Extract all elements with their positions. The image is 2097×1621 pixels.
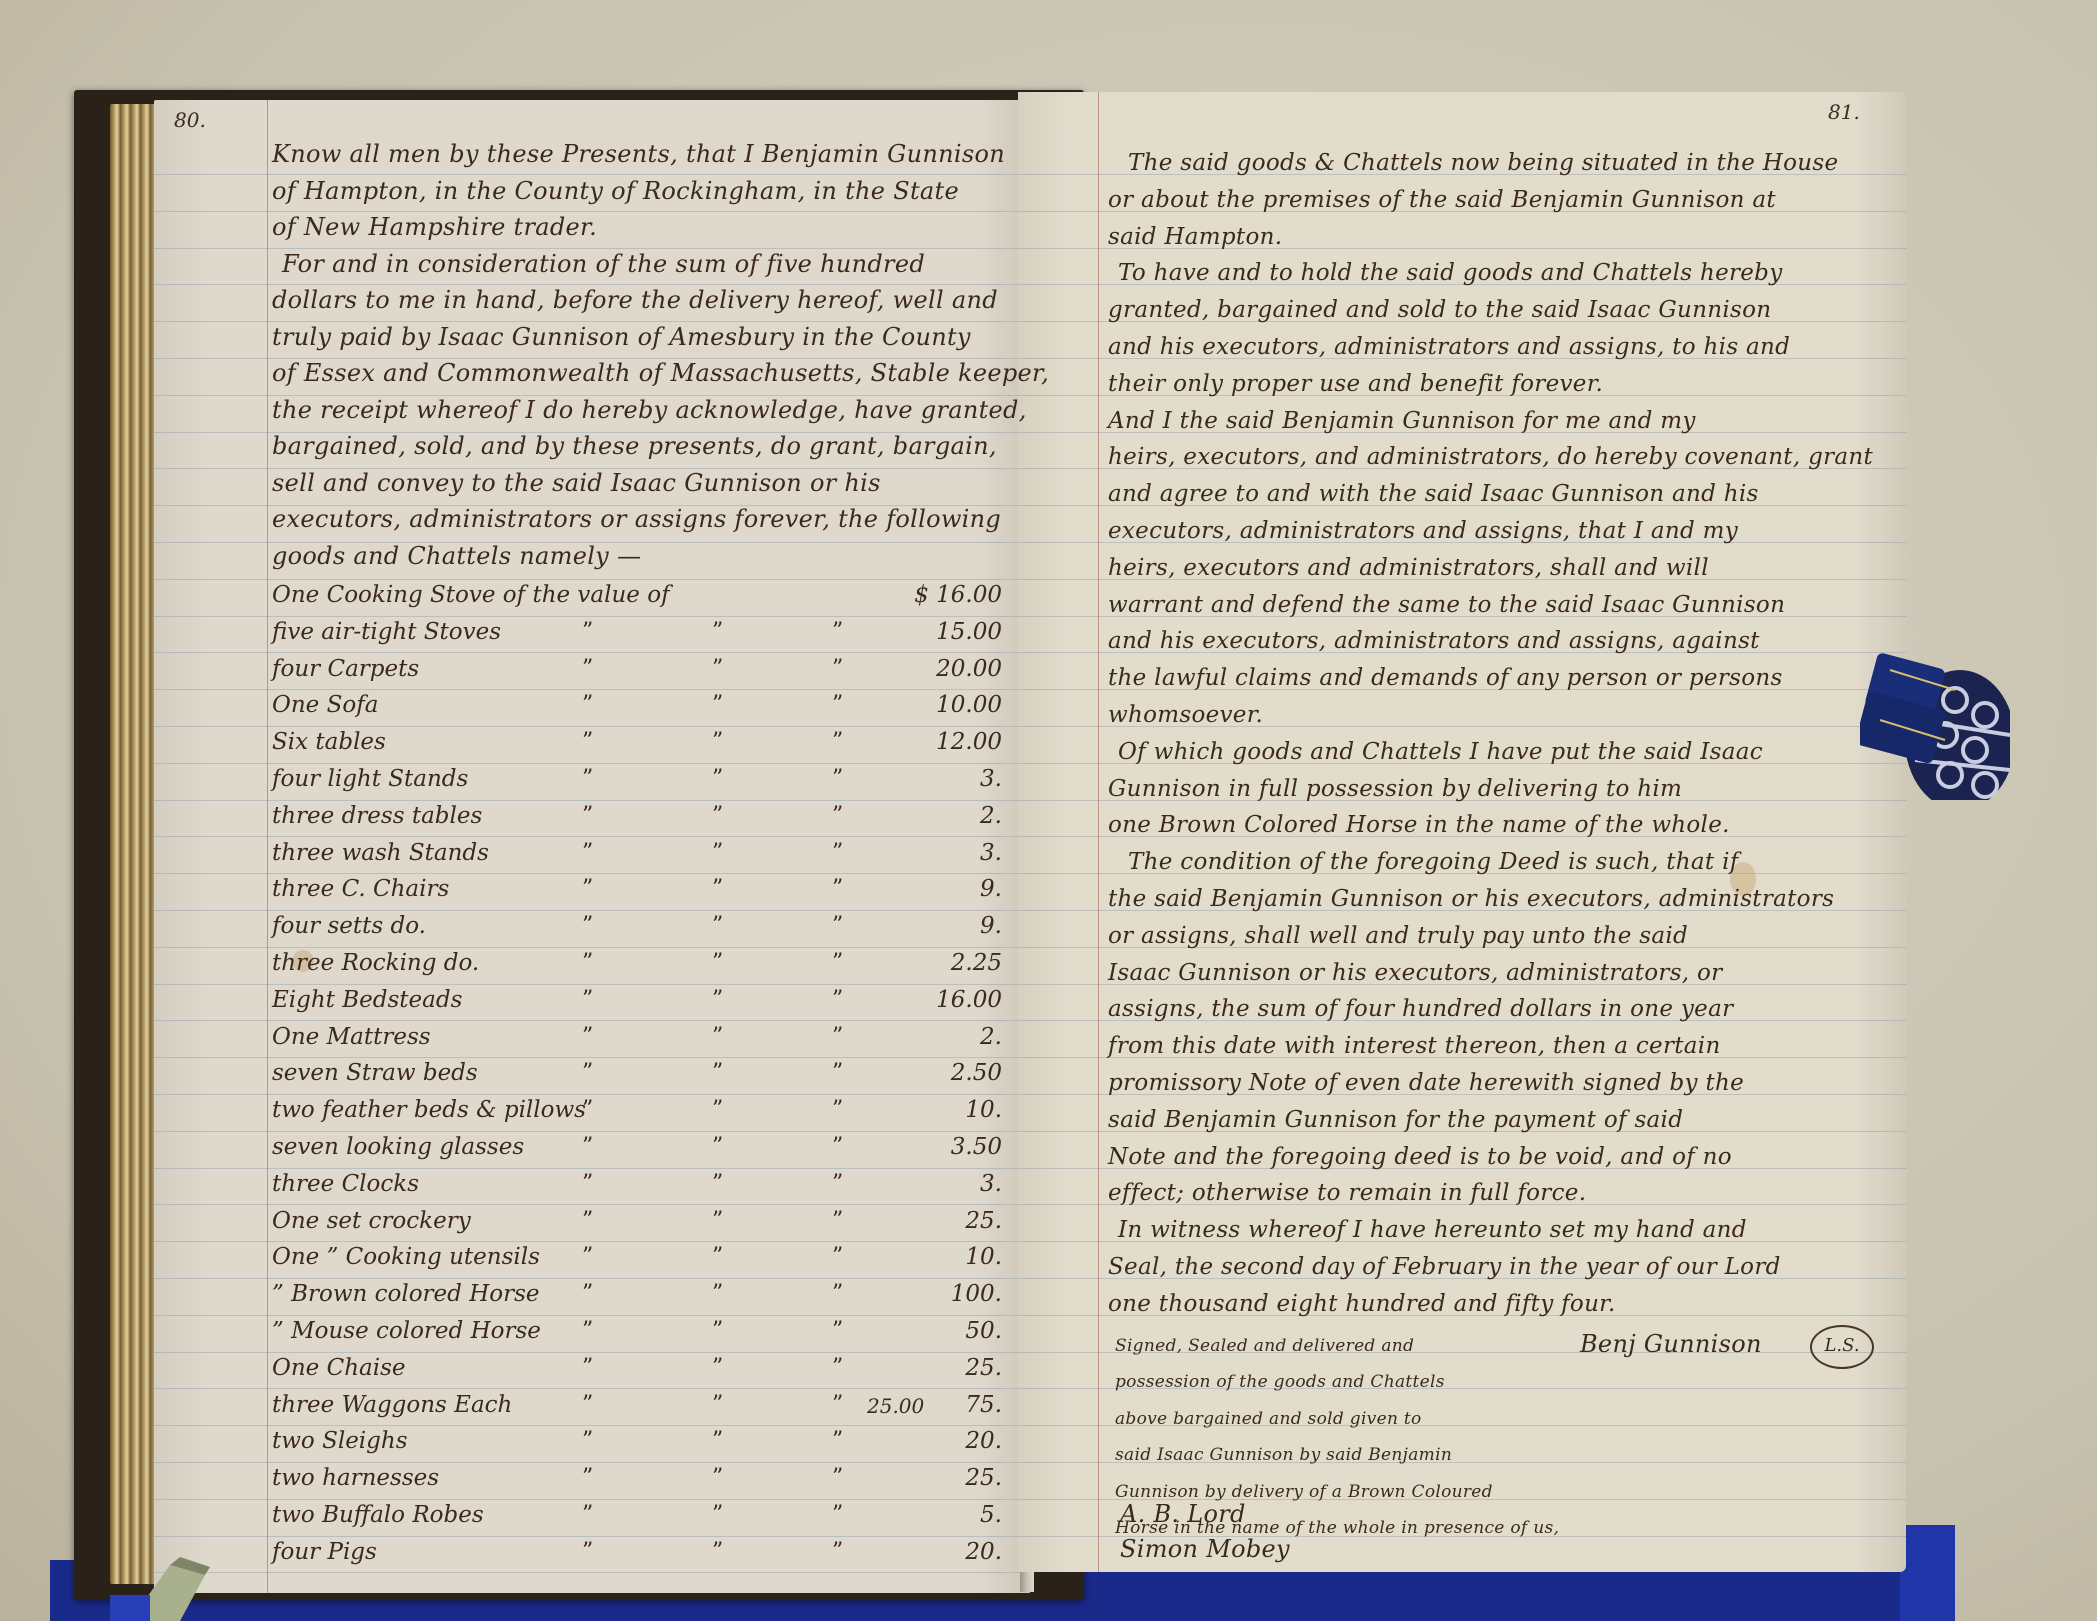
item-description: One ” Cooking utensils [272,1244,540,1270]
deed-line: executors, administrators and assigns, t… [1108,518,1738,544]
ditto-mark: ” [712,1318,723,1343]
ditto-mark: ” [582,766,593,791]
item-value: 3.50 [892,1134,1002,1160]
inventory-item: One Chaise”””25. [272,1355,1002,1391]
item-value: 25. [892,1465,1002,1491]
intro-line: truly paid by Isaac Gunnison of Amesbury… [272,323,971,351]
ruled-line [154,211,1030,212]
ditto-mark: ” [582,1208,593,1233]
ditto-mark: ” [712,1097,723,1122]
ditto-mark: ” [582,1171,593,1196]
intro-line: executors, administrators or assigns for… [272,505,1001,533]
ditto-mark: ” [832,1465,843,1490]
item-description: three dress tables [272,803,482,829]
ditto-mark: ” [712,803,723,828]
intro-line: For and in consideration of the sum of f… [282,250,925,278]
item-description: two harnesses [272,1465,439,1491]
ditto-mark: ” [582,1281,593,1306]
inventory-item: two feather beds & pillows”””10. [272,1097,1002,1133]
ditto-mark: ” [712,1465,723,1490]
item-description: three C. Chairs [272,876,449,902]
attestation-line: Gunnison by delivery of a Brown Coloured [1115,1482,1493,1502]
ditto-mark: ” [832,1244,843,1269]
intro-line: of New Hampshire trader. [272,213,597,241]
item-value: 3. [892,1171,1002,1197]
ditto-mark: ” [712,1392,723,1417]
inventory-item: four Carpets”””20.00 [272,656,1002,692]
ditto-mark: ” [582,1097,593,1122]
ditto-mark: ” [832,1502,843,1527]
ditto-mark: ” [832,1097,843,1122]
ruled-line [154,248,1030,249]
inventory-item: seven Straw beds”””2.50 [272,1060,1002,1096]
page-edges [110,104,158,1584]
deed-line: said Benjamin Gunnison for the payment o… [1108,1107,1683,1133]
item-value: $ 16.00 [892,582,1002,608]
inventory-item: four setts do.”””9. [272,913,1002,949]
deed-line: said Hampton. [1108,224,1282,250]
ditto-mark: ” [712,692,723,717]
ditto-mark: ” [832,913,843,938]
item-description: ” Brown colored Horse [272,1281,540,1307]
attestation-line: possession of the goods and Chattels [1115,1372,1445,1392]
intro-line: of Hampton, in the County of Rockingham,… [272,177,959,205]
item-description: seven looking glasses [272,1134,524,1160]
item-value: 20. [892,1428,1002,1454]
ditto-mark: ” [712,656,723,681]
item-value: 2. [892,1024,1002,1050]
item-description: One Sofa [272,692,378,718]
item-description: three Clocks [272,1171,419,1197]
inventory-item: three Clocks”””3. [272,1171,1002,1207]
deed-line: the said Benjamin Gunnison or his execut… [1108,886,1834,912]
ditto-mark: ” [832,876,843,901]
deed-line: Note and the foregoing deed is to be voi… [1108,1144,1732,1170]
deed-line: In witness whereof I have hereunto set m… [1118,1217,1747,1243]
item-description: four Pigs [272,1539,377,1565]
ditto-mark: ” [712,1208,723,1233]
item-value: 12.00 [892,729,1002,755]
ditto-mark: ” [712,729,723,754]
deed-line: Gunnison in full possession by deliverin… [1108,776,1682,802]
ditto-mark: ” [582,619,593,644]
item-value: 2.25 [892,950,1002,976]
witness-1: A. B. Lord [1120,1500,1246,1528]
inventory-item: One set crockery”””25. [272,1208,1002,1244]
ditto-mark: ” [832,1281,843,1306]
item-description: One Cooking Stove of the value of [272,582,670,608]
page-number-right: 81. [1828,100,1860,124]
item-description: One Chaise [272,1355,406,1381]
inventory-item: five air-tight Stoves”””15.00 [272,619,1002,655]
deed-line: effect; otherwise to remain in full forc… [1108,1180,1586,1206]
grantor-signature: Benj Gunnison [1580,1330,1762,1358]
ditto-mark: ” [582,1244,593,1269]
deed-line: heirs, executors and administrators, sha… [1108,555,1709,581]
inventory-item: four light Stands”””3. [272,766,1002,802]
ditto-mark: ” [712,1428,723,1453]
ditto-mark: ” [712,840,723,865]
item-description: One set crockery [272,1208,471,1234]
item-description: Eight Bedsteads [272,987,462,1013]
item-value: 25. [892,1208,1002,1234]
deed-line: and his executors, administrators and as… [1108,628,1760,654]
ditto-mark: ” [582,656,593,681]
ditto-mark: ” [712,619,723,644]
inventory-item: four Pigs”””20. [272,1539,1002,1575]
ditto-mark: ” [582,1539,593,1564]
deed-line: The condition of the foregoing Deed is s… [1128,849,1739,875]
inventory-item: seven looking glasses”””3.50 [272,1134,1002,1170]
item-description: two Sleighs [272,1428,408,1454]
deed-line: The said goods & Chattels now being situ… [1128,150,1838,176]
deed-line: the lawful claims and demands of any per… [1108,665,1783,691]
inventory-item: three dress tables”””2. [272,803,1002,839]
ditto-mark: ” [582,729,593,754]
deed-line: granted, bargained and sold to the said … [1108,297,1771,323]
ditto-mark: ” [582,1465,593,1490]
deed-line: Isaac Gunnison or his executors, adminis… [1108,960,1722,986]
inventory-item: ” Mouse colored Horse”””50. [272,1318,1002,1354]
intro-line: goods and Chattels namely — [272,542,641,570]
ditto-mark: ” [712,1355,723,1380]
deed-line: Seal, the second day of February in the … [1108,1254,1781,1280]
item-value: 100. [892,1281,1002,1307]
deed-line: To have and to hold the said goods and C… [1118,260,1783,286]
ditto-mark: ” [832,803,843,828]
ditto-mark: ” [832,1392,843,1417]
ditto-mark: ” [582,913,593,938]
item-description: One Mattress [272,1024,431,1050]
inventory-item: ” Brown colored Horse”””100. [272,1281,1002,1317]
inventory-item: three Rocking do.”””2.25 [272,950,1002,986]
inventory-item: One Sofa”””10.00 [272,692,1002,728]
inventory-item: One Cooking Stove of the value of$ 16.00 [272,582,1002,618]
ditto-mark: ” [832,1208,843,1233]
item-value: 5. [892,1502,1002,1528]
ditto-mark: ” [582,1355,593,1380]
ditto-mark: ” [832,729,843,754]
ditto-mark: ” [832,692,843,717]
item-description: four setts do. [272,913,426,939]
attestation-line: said Isaac Gunnison by said Benjamin [1115,1445,1452,1465]
ditto-mark: ” [832,766,843,791]
ditto-mark: ” [582,692,593,717]
ditto-mark: ” [582,987,593,1012]
ditto-mark: ” [582,1502,593,1527]
ditto-mark: ” [832,1355,843,1380]
deed-line: whomsoever. [1108,702,1263,728]
ditto-mark: ” [582,876,593,901]
ditto-mark: ” [712,1539,723,1564]
ditto-mark: ” [712,913,723,938]
ditto-mark: ” [712,1171,723,1196]
blue-tape-corner [1900,1525,1955,1621]
ditto-mark: ” [582,1134,593,1159]
item-value: 9. [892,876,1002,902]
deed-line: assigns, the sum of four hundred dollars… [1108,996,1733,1022]
item-description: four light Stands [272,766,468,792]
item-value: 16.00 [892,987,1002,1013]
deed-line: heirs, executors, and administrators, do… [1108,444,1873,470]
deed-line: And I the said Benjamin Gunnison for me … [1108,408,1696,434]
intro-line: of Essex and Commonwealth of Massachuset… [272,359,1049,387]
ditto-mark: ” [712,876,723,901]
item-description: seven Straw beds [272,1060,478,1086]
ditto-mark: ” [832,1318,843,1343]
witness-2: Simon Mobey [1120,1535,1290,1563]
inventory-item: three C. Chairs”””9. [272,876,1002,912]
item-value: 20.00 [892,656,1002,682]
ruled-line [154,174,1030,175]
inventory-item: two Sleighs”””20. [272,1428,1002,1464]
deed-line: promissory Note of even date herewith si… [1108,1070,1744,1096]
item-value: 50. [892,1318,1002,1344]
ditto-mark: ” [582,840,593,865]
ditto-mark: ” [582,950,593,975]
ditto-mark: ” [582,1024,593,1049]
item-value: 3. [892,766,1002,792]
ditto-mark: ” [582,1428,593,1453]
item-description: Six tables [272,729,386,755]
inventory-item: One Mattress”””2. [272,1024,1002,1060]
item-value: 15.00 [892,619,1002,645]
ruled-line [154,579,1030,580]
ditto-mark: ” [712,1024,723,1049]
ditto-mark: ” [832,950,843,975]
seal-ls: L.S. [1810,1325,1874,1369]
intro-line: sell and convey to the said Isaac Gunnis… [272,469,881,497]
item-value: 3. [892,840,1002,866]
inventory-item: Six tables”””12.00 [272,729,1002,765]
ditto-mark: ” [582,1392,593,1417]
ditto-mark: ” [712,1134,723,1159]
ditto-mark: ” [832,840,843,865]
item-description: five air-tight Stoves [272,619,501,645]
ditto-mark: ” [712,1502,723,1527]
page-number-left: 80. [174,108,206,132]
inventory-item: two Buffalo Robes”””5. [272,1502,1002,1538]
item-description: three wash Stands [272,840,489,866]
ditto-mark: ” [712,987,723,1012]
ditto-mark: ” [712,1060,723,1085]
ditto-mark: ” [832,1428,843,1453]
deed-line: and agree to and with the said Isaac Gun… [1108,481,1759,507]
ditto-mark: ” [712,950,723,975]
inventory-item: One ” Cooking utensils”””10. [272,1244,1002,1280]
margin-line [267,100,268,1593]
inventory-item: three wash Stands”””3. [272,840,1002,876]
item-value: 10. [892,1244,1002,1270]
item-description: four Carpets [272,656,419,682]
ditto-mark: ” [832,1134,843,1159]
item-description: three Rocking do. [272,950,479,976]
inventory-item: three Waggons Each”””25.0075. [272,1392,1002,1428]
ditto-mark: ” [832,619,843,644]
intro-line: bargained, sold, and by these presents, … [272,432,997,460]
intro-line: the receipt whereof I do hereby acknowle… [272,396,1027,424]
ditto-mark: ” [832,987,843,1012]
item-value: 10. [892,1097,1002,1123]
ditto-mark: ” [712,1244,723,1269]
deed-line: warrant and defend the same to the said … [1108,592,1785,618]
deed-line: from this date with interest thereon, th… [1108,1033,1721,1059]
attestation-line: above bargained and sold given to [1115,1409,1422,1429]
ditto-mark: ” [832,1024,843,1049]
ditto-mark: ” [582,803,593,828]
ditto-mark: ” [832,1171,843,1196]
item-description: three Waggons Each [272,1392,512,1418]
ditto-mark: ” [712,1281,723,1306]
item-value: 25. [892,1355,1002,1381]
item-value: 20. [892,1539,1002,1565]
item-value: 2. [892,803,1002,829]
inventory-item: two harnesses”””25. [272,1465,1002,1501]
item-description: ” Mouse colored Horse [272,1318,541,1344]
item-value: 10.00 [892,692,1002,718]
ditto-mark: ” [832,1539,843,1564]
metal-clip-icon [110,1555,220,1621]
intro-line: dollars to me in hand, before the delive… [272,286,998,314]
intro-line: Know all men by these Presents, that I B… [272,140,1005,168]
item-value: 9. [892,913,1002,939]
inventory-item: Eight Bedsteads”””16.00 [272,987,1002,1023]
ditto-mark: ” [712,766,723,791]
item-description: two feather beds & pillows [272,1097,586,1123]
deed-line: or assigns, shall well and truly pay unt… [1108,923,1688,949]
margin-line [1098,92,1099,1572]
deed-line: and his executors, administrators and as… [1108,334,1790,360]
ditto-mark: ” [582,1060,593,1085]
deed-line: one thousand eight hundred and fifty fou… [1108,1291,1616,1317]
item-description: two Buffalo Robes [272,1502,484,1528]
binder-clip-icon [1860,640,2010,800]
ditto-mark: ” [582,1318,593,1343]
item-value: 75. [892,1392,1002,1418]
ditto-mark: ” [832,656,843,681]
attestation-line: Signed, Sealed and delivered and [1115,1336,1414,1356]
deed-line: their only proper use and benefit foreve… [1108,371,1603,397]
item-value: 2.50 [892,1060,1002,1086]
deed-line: or about the premises of the said Benjam… [1108,187,1776,213]
ditto-mark: ” [832,1060,843,1085]
deed-line: Of which goods and Chattels I have put t… [1118,739,1763,765]
deed-line: one Brown Colored Horse in the name of t… [1108,812,1730,838]
